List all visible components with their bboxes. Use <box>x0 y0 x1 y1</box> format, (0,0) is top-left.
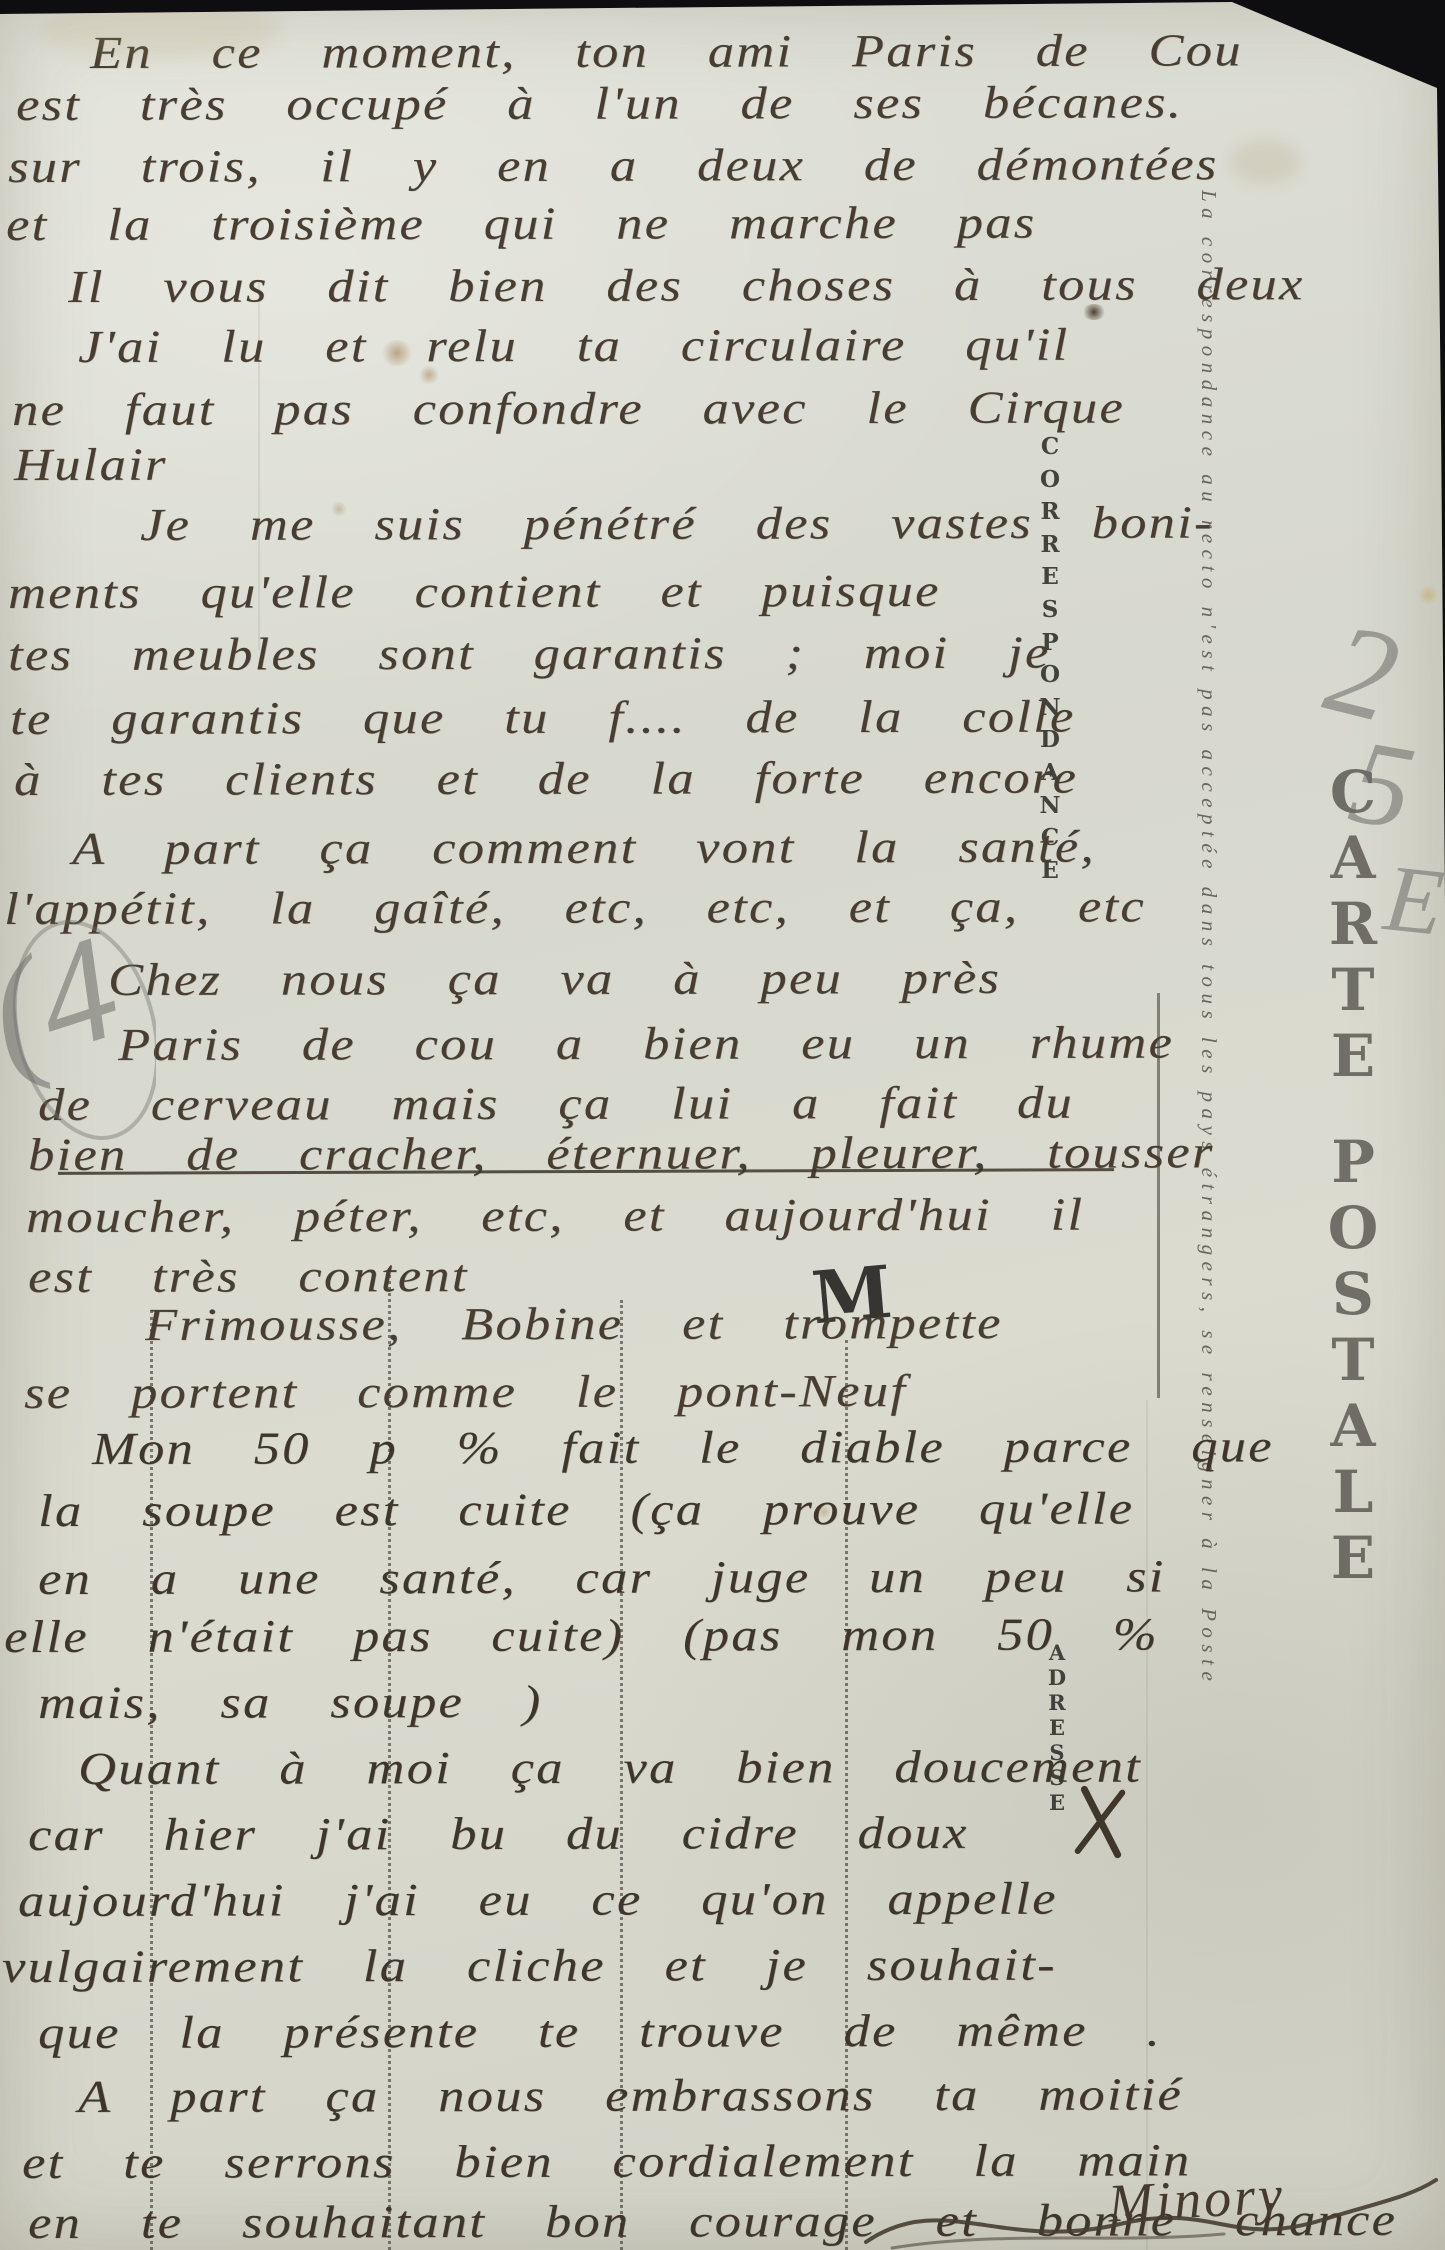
handwritten-line: l'appétit, la gaîté, etc, etc, et ça, et… <box>4 881 1146 934</box>
handwritten-line: à tes clients et de la forte encore <box>14 753 1078 806</box>
pencil-circle-scribble <box>6 905 156 1155</box>
printed-letter: E <box>1318 1022 1388 1088</box>
stain <box>380 340 414 366</box>
handwritten-line: est très content <box>28 1251 469 1303</box>
stain <box>816 1506 832 1518</box>
signature-flourish <box>852 2160 1442 2250</box>
handwritten-line: vulgairement la cliche et je souhait- <box>2 1940 1057 1993</box>
handwritten-line: la soupe est cuite (ça prouve qu'elle <box>38 1483 1134 1536</box>
handwritten-line: que la présente te trouve de même . <box>38 2005 1162 2058</box>
stain <box>40 0 280 60</box>
printed-letter <box>1318 1088 1388 1128</box>
ink-blot <box>1082 304 1106 320</box>
ink-cross-mark <box>1067 1782 1134 1861</box>
handwritten-line: A part ça nous embrassons ta moitié <box>78 2069 1183 2122</box>
printed-letter: C <box>1032 433 1068 466</box>
printed-letter: R <box>1318 890 1388 956</box>
printed-letter: E <box>1032 563 1068 596</box>
handwritten-line: Je me suis pénétré des vastes boni- <box>140 498 1214 551</box>
printed-letter: E <box>1318 1524 1388 1590</box>
handwritten-line: de cerveau mais ça lui a fait du <box>38 1078 1074 1131</box>
handwritten-line: te garantis que tu f.... de la colle <box>10 692 1076 745</box>
printed-letter: O <box>1318 1194 1388 1260</box>
handwritten-line: Il vous dit bien des choses à tous deux <box>68 259 1305 312</box>
handwritten-line: Hulair <box>14 440 168 491</box>
stain <box>1230 140 1300 184</box>
handwritten-line: tes meubles sont garantis ; moi je <box>8 628 1051 681</box>
handwritten-line: ments qu'elle contient et puisque <box>8 566 941 619</box>
printed-letter: P <box>1318 1128 1388 1194</box>
printed-letter: O <box>1032 466 1068 499</box>
handwritten-line: Frimousse, Bobine et trompette <box>145 1298 1003 1351</box>
printed-letter: E <box>1040 1715 1074 1740</box>
printed-letter: S <box>1032 596 1068 629</box>
handwritten-line: J'ai lu et relu ta circulaire qu'il <box>78 320 1069 373</box>
printed-letter: L <box>1318 1458 1388 1524</box>
handwritten-line: en a une santé, car juge un peu si <box>38 1551 1166 1604</box>
handwritten-line: moucher, péter, etc, et aujourd'hui il <box>26 1190 1084 1243</box>
handwritten-line: aujourd'hui j'ai eu ce qu'on appelle <box>18 1874 1058 1927</box>
pencil-mark: E <box>1379 842 1445 957</box>
printed-letter: A <box>1318 1392 1388 1458</box>
handwritten-line: Chez nous ça va à peu près <box>108 953 1001 1006</box>
handwritten-line: elle n'était pas cuite) (pas mon 50 % <box>4 1609 1159 1662</box>
handwritten-line: car hier j'ai bu du cidre doux <box>28 1808 969 1861</box>
handwritten-line: se portent comme le pont-Neuf <box>24 1366 907 1419</box>
printed-letter: D <box>1040 1665 1074 1690</box>
stain <box>418 366 440 384</box>
printed-letter: S <box>1318 1260 1388 1326</box>
printed-letter: T <box>1318 956 1388 1022</box>
stain <box>330 502 348 516</box>
handwritten-line: Quant à moi ça va bien doucement <box>78 1742 1142 1795</box>
printed-letter: T <box>1318 1326 1388 1392</box>
handwritten-line: ne faut pas confondre avec le Cirque <box>12 382 1125 435</box>
printed-letter: R <box>1040 1690 1074 1715</box>
handwritten-line: Paris de cou a bien eu un rhume <box>118 1018 1174 1071</box>
handwritten-line: A part ça comment vont la santé, <box>72 822 1096 875</box>
paper-crease <box>1146 1400 1148 2250</box>
printed-letter: E <box>1040 1790 1074 1815</box>
scanned-postcard-photo: CARTE POSTALE CORRESPONDANCE ADRESSE M L… <box>0 0 1445 2250</box>
handwritten-line: et la troisième qui ne marche pas <box>6 198 1037 251</box>
postcard-back: CARTE POSTALE CORRESPONDANCE ADRESSE M L… <box>0 0 1445 2250</box>
handwritten-line: mais, sa soupe ) <box>38 1677 543 1729</box>
handwritten-line: Mon 50 p % fait le diable parce que <box>92 1421 1274 1474</box>
carte-postale-title: CARTE POSTALE <box>1318 758 1388 1590</box>
stain <box>1416 586 1440 604</box>
handwritten-line: est très occupé à l'un de ses bécanes. <box>16 77 1183 130</box>
handwritten-line: sur trois, il y en a deux de démontées <box>8 139 1219 192</box>
